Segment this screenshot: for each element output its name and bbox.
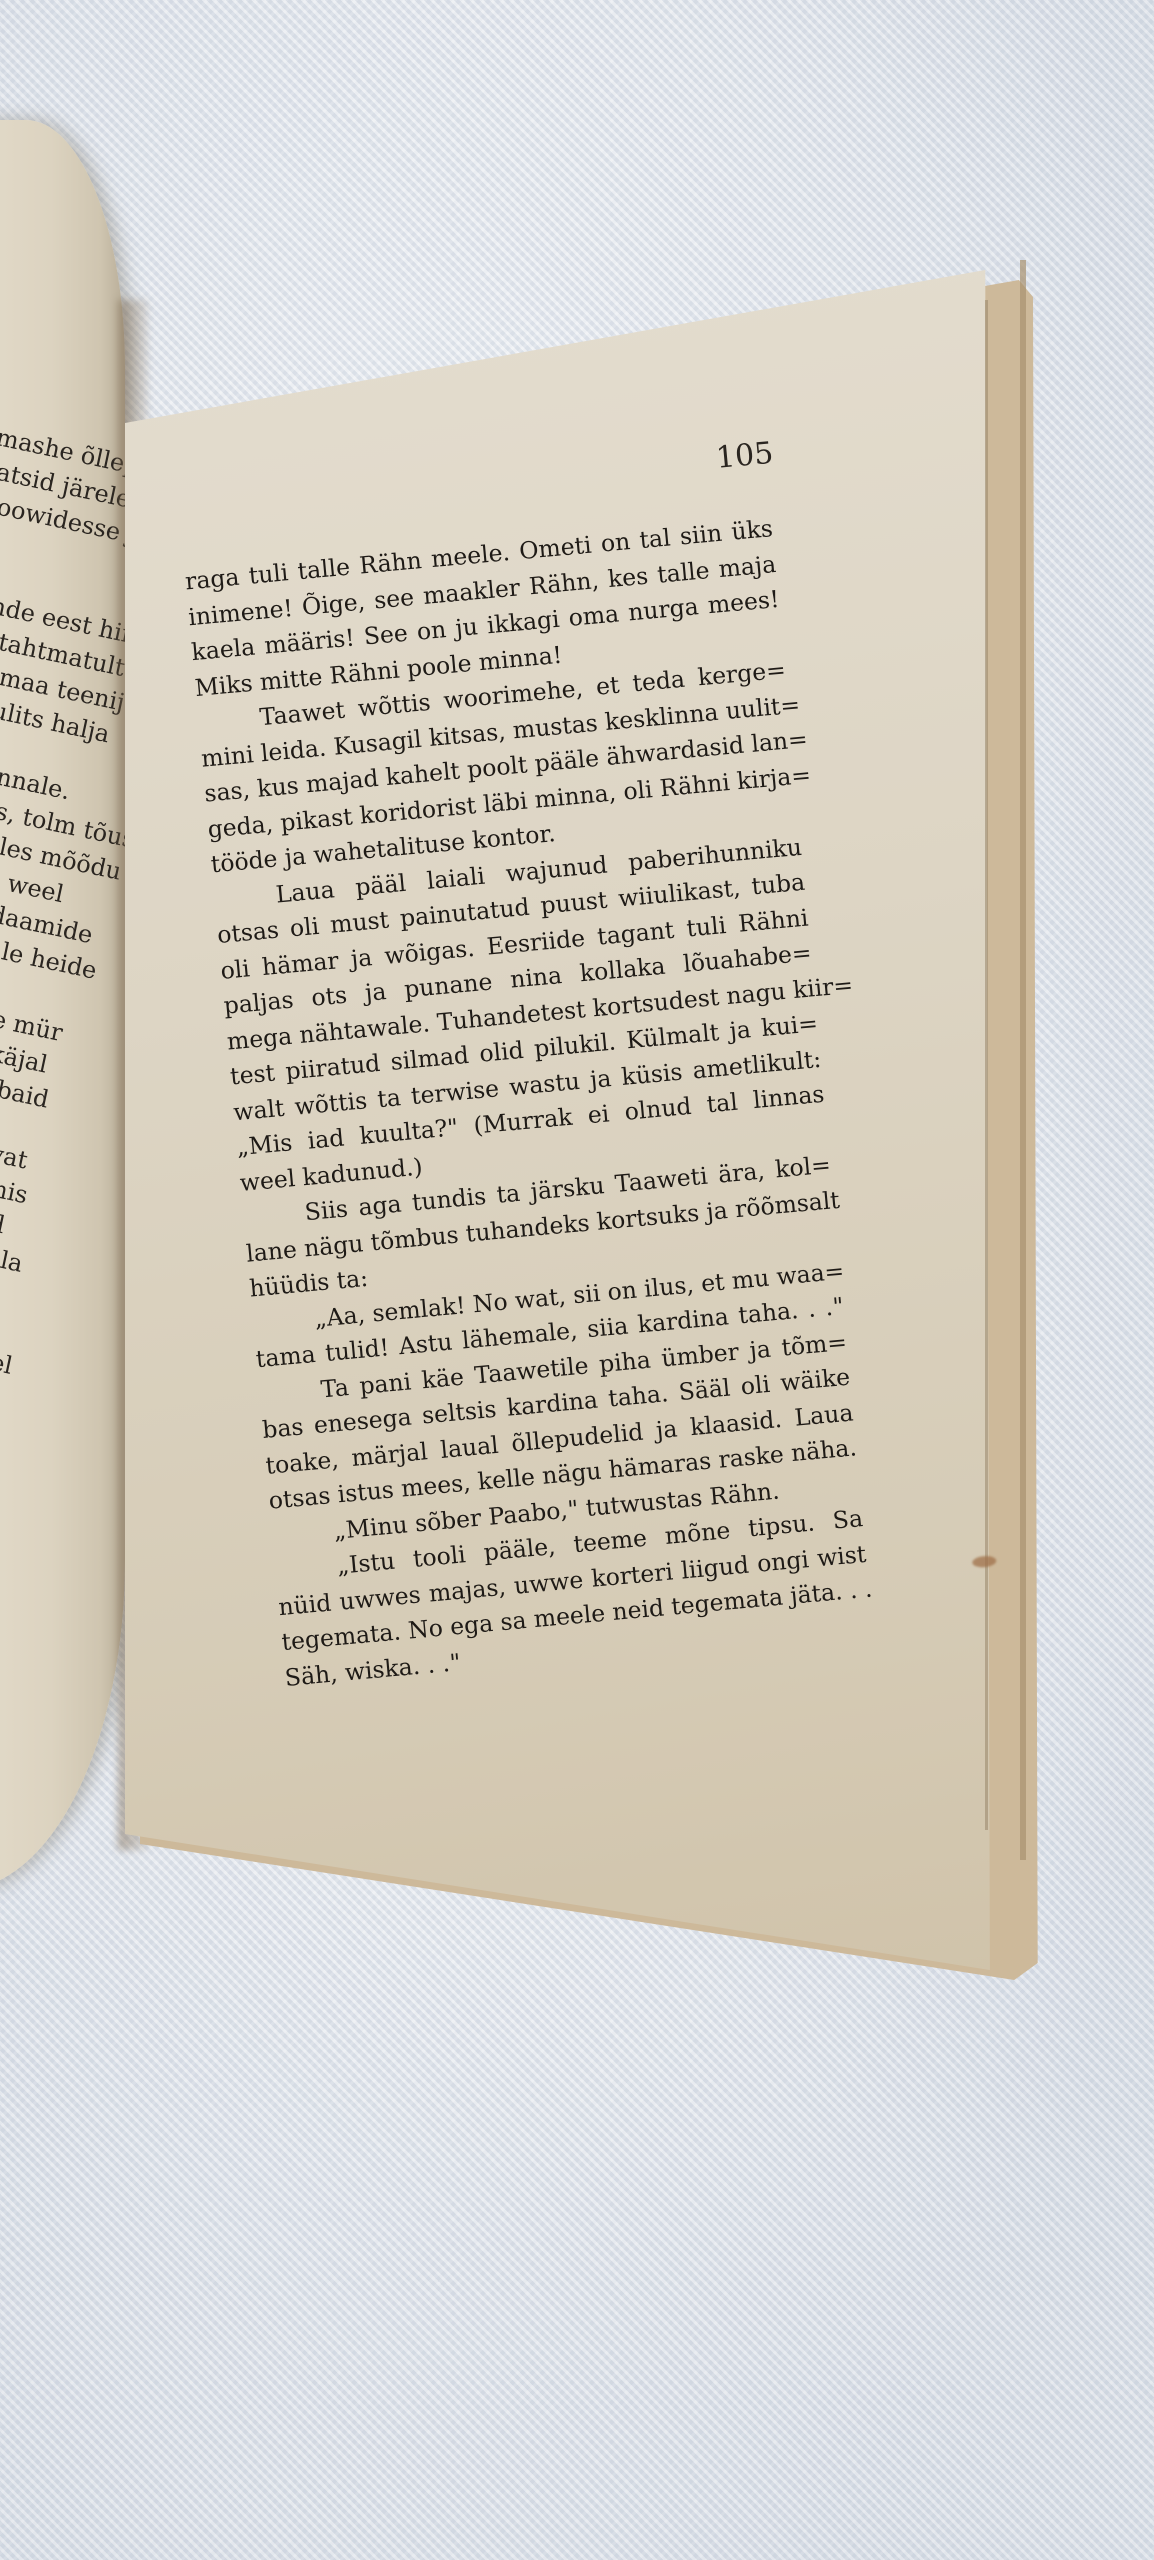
- body-text: raga tuli talle Rähn meele. Ometi on tal…: [184, 511, 875, 1696]
- page-number: 105: [715, 436, 775, 476]
- page-edge-line: [985, 300, 988, 1830]
- left-page: mashe õllepudeli,latsid järele wahoowide…: [0, 120, 125, 1890]
- left-page-text: mashe õllepudeli,latsid järele wahoowide…: [0, 420, 125, 1547]
- page-block-edge: [1020, 260, 1026, 1860]
